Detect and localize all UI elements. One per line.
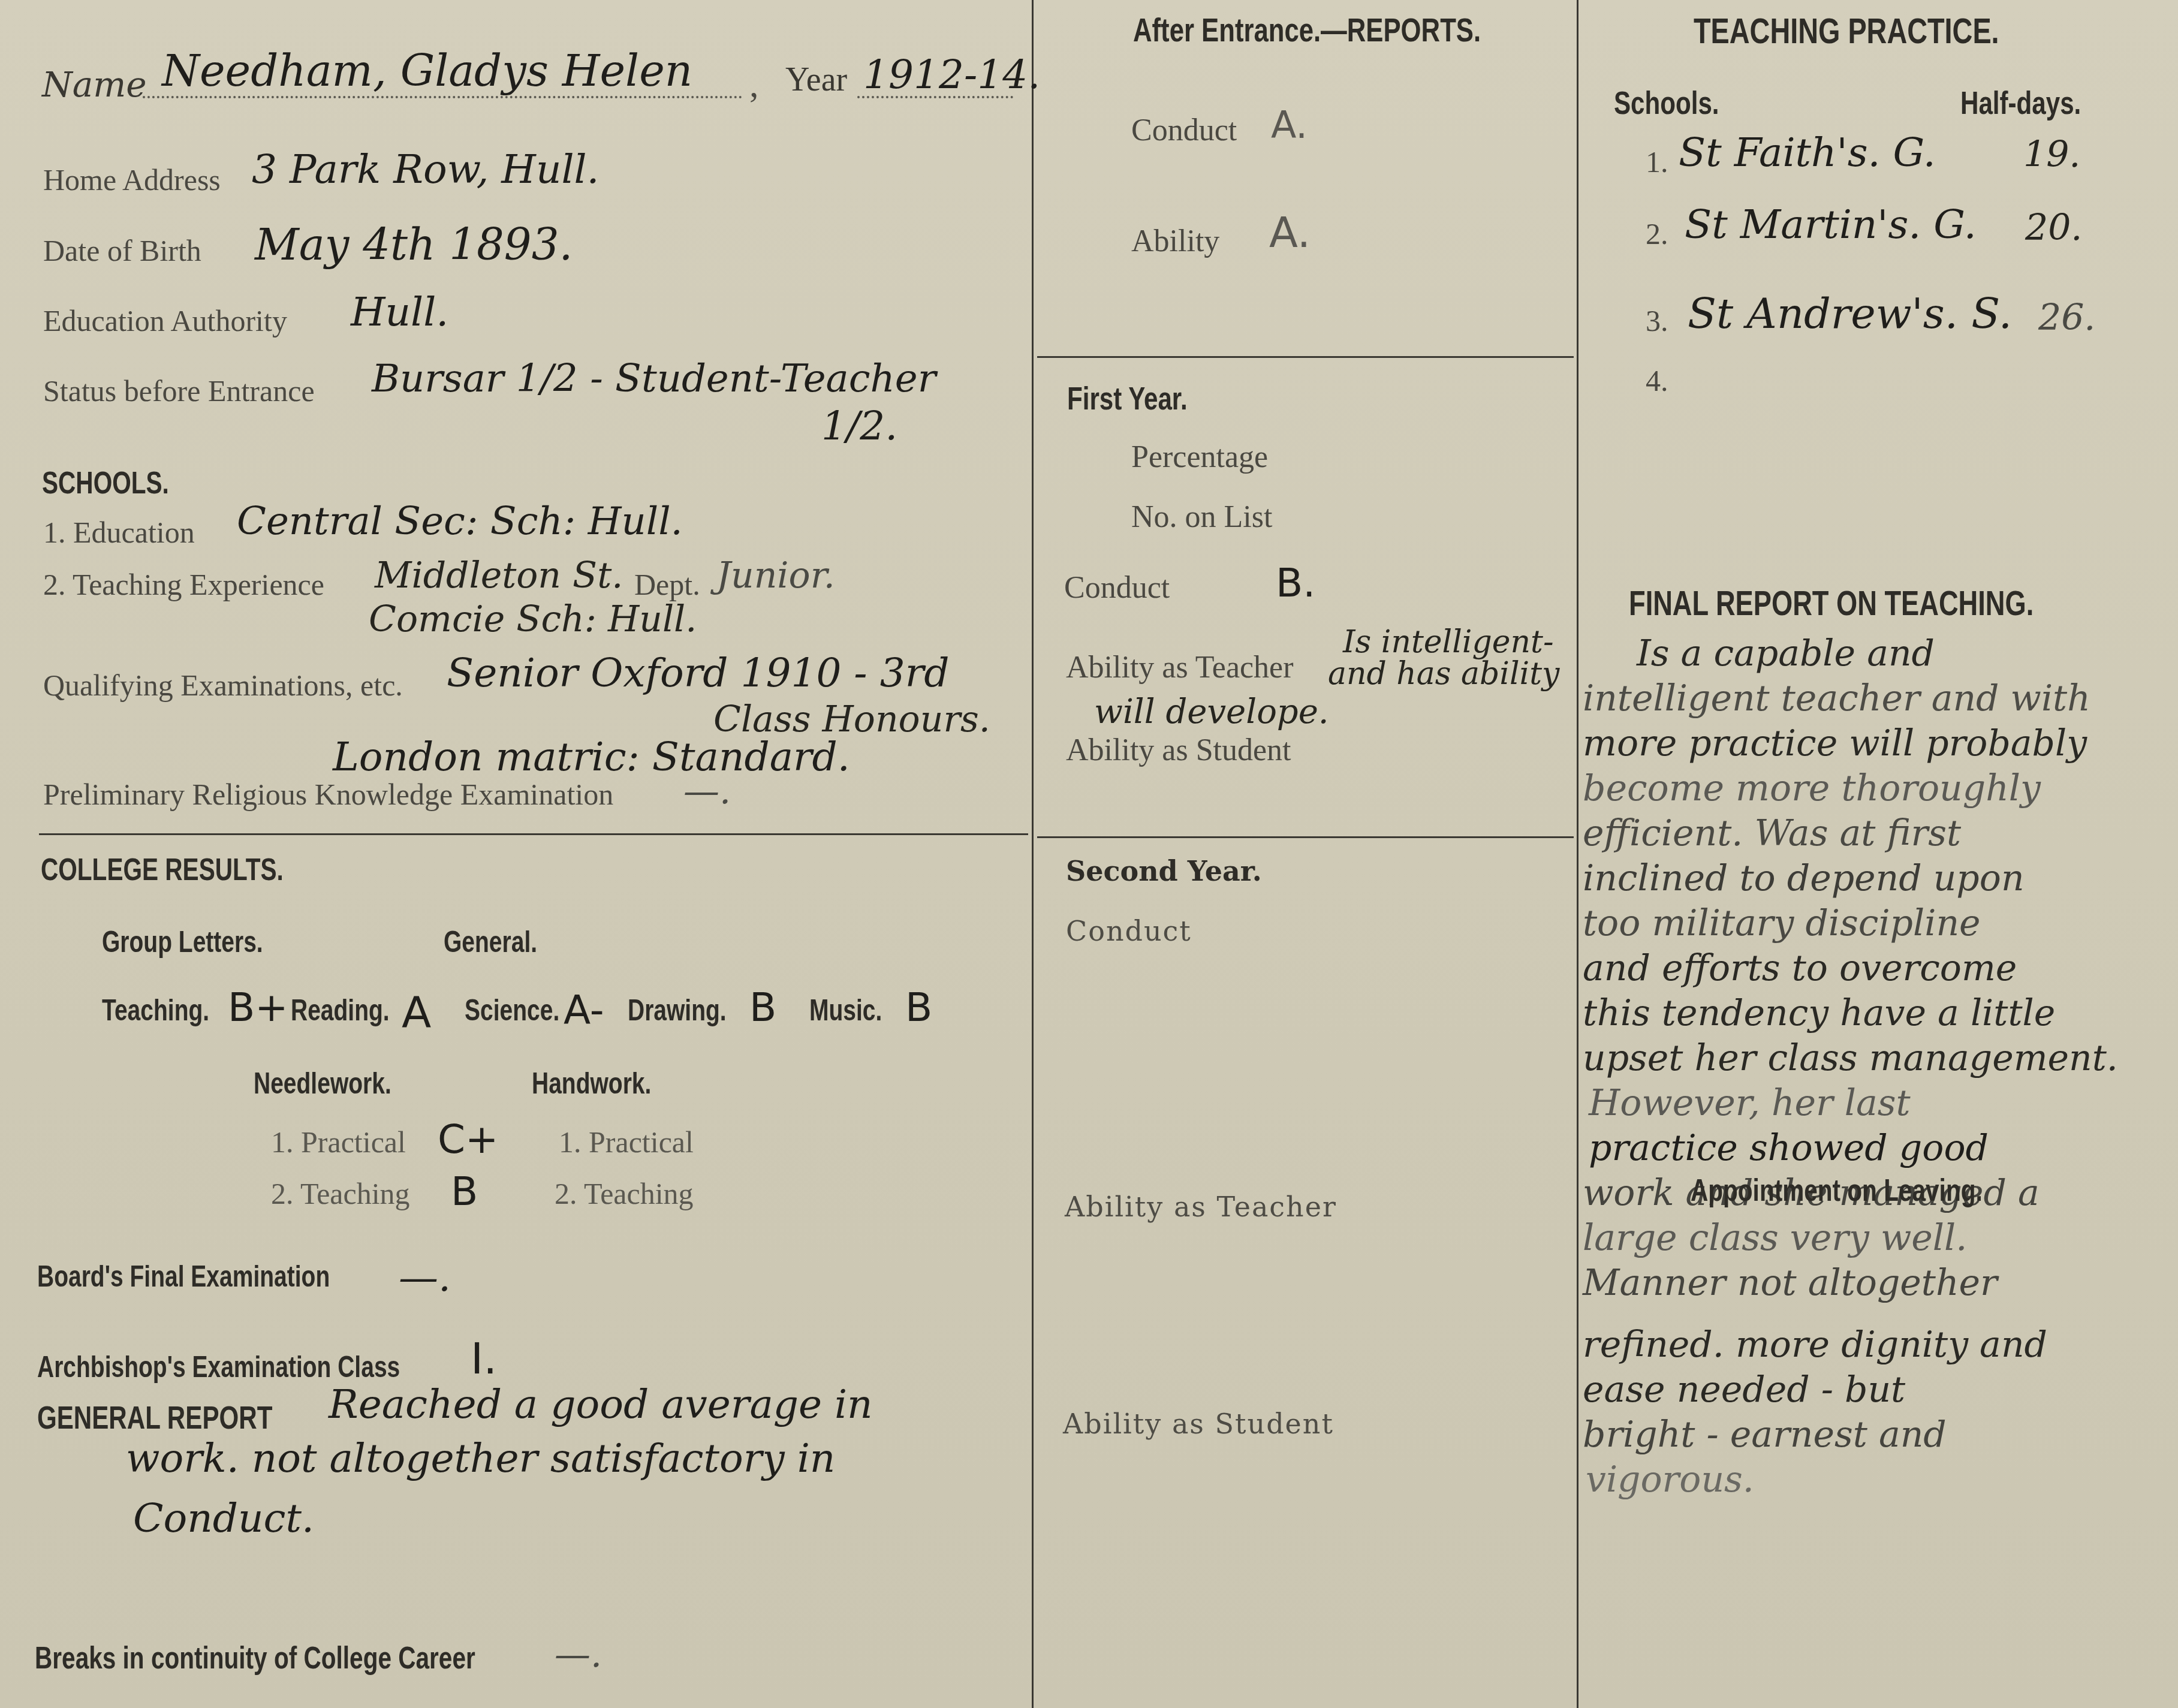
final-report-line: upset her class management. <box>1583 1040 2118 1076</box>
student-record-card: Name Needham, Gladys Helen , Year 1912-1… <box>0 0 2178 1708</box>
second-year-ability-teacher-label: Ability as Teacher <box>1065 1193 1337 1221</box>
needlework-label: Needlework. <box>254 1068 391 1098</box>
name-label: Name <box>42 67 147 102</box>
grade-teaching-label: Teaching. <box>102 995 209 1025</box>
row-number: 4. <box>1646 366 1668 396</box>
appointment-on-leaving-label: Appointment on Leaving. <box>1691 1175 1983 1206</box>
breaks-value: —. <box>555 1637 602 1673</box>
first-year-percentage-label: Percentage <box>1131 442 1268 473</box>
middle-rule-first-year <box>1037 356 1574 358</box>
after-entrance-ability-value: A. <box>1269 212 1311 254</box>
school-education-label: 1. Education <box>43 517 195 547</box>
general-label: General. <box>444 927 537 957</box>
schools-column-label: Schools. <box>1614 87 1719 119</box>
row-school: St Faith's. G. <box>1679 133 1936 173</box>
second-year-conduct-label: Conduct <box>1066 917 1192 945</box>
first-year-conduct-value: B. <box>1276 564 1315 603</box>
final-report-line: inclined to depend upon <box>1583 860 2025 896</box>
grade-reading-label: Reading. <box>291 995 390 1025</box>
first-year-no-on-list-label: No. on List <box>1131 502 1272 533</box>
final-report-line: Is a capable and <box>1637 635 1935 671</box>
general-report-line-1: Reached a good average in <box>329 1385 873 1424</box>
needlework-practical-label: 1. Practical <box>271 1127 406 1157</box>
final-report-line: ease needed - but <box>1583 1372 1905 1408</box>
row-number: 2. <box>1646 219 1668 249</box>
after-entrance-conduct-label: Conduct <box>1131 115 1237 146</box>
handwork-practical-label: 1. Practical <box>559 1127 694 1157</box>
college-results-heading: COLLEGE RESULTS. <box>41 854 284 885</box>
archbishop-exam-value: I. <box>471 1337 497 1380</box>
prelim-religious-value: —. <box>683 773 731 809</box>
qualifying-exams-value: Senior Oxford 1910 - 3rd <box>447 653 949 693</box>
grade-drawing-label: Drawing. <box>628 995 727 1025</box>
name-comma: , <box>749 66 759 103</box>
general-report-line-3: Conduct. <box>133 1499 314 1538</box>
boards-final-value: —. <box>399 1258 451 1297</box>
grade-music-label: Music. <box>809 995 882 1025</box>
final-report-line: large class very well. <box>1583 1220 1967 1256</box>
grade-music-value: B <box>905 988 932 1028</box>
second-year-heading: Second Year. <box>1066 857 1262 885</box>
status-value-cont: 1/2. <box>821 406 897 446</box>
final-report-line: efficient. Was at first <box>1583 815 1961 851</box>
school-education-value: Central Sec: Sch: Hull. <box>237 502 683 541</box>
prelim-religious-label: Preliminary Religious Knowledge Examinat… <box>43 779 613 809</box>
second-year-ability-student-label: Ability as Student <box>1063 1410 1334 1438</box>
final-report-heading: FINAL REPORT ON TEACHING. <box>1629 586 2034 621</box>
general-report-label: GENERAL REPORT <box>37 1402 272 1434</box>
needlework-practical-value: C+ <box>438 1120 498 1159</box>
teaching-practice-heading: TEACHING PRACTICE. <box>1694 13 1999 49</box>
qualifying-exams-label: Qualifying Examinations, etc. <box>43 670 403 700</box>
education-authority-label: Education Authority <box>43 306 287 336</box>
final-report-line: However, her last <box>1589 1085 1911 1121</box>
status-value: Bursar 1/2 - Student-Teacher <box>372 360 936 398</box>
year-label: Year <box>785 63 847 97</box>
first-year-ability-student-label: Ability as Student <box>1066 735 1291 766</box>
final-report-line: and efforts to overcome <box>1583 950 2017 986</box>
half-days-column-label: Half-days. <box>1960 87 2081 119</box>
column-divider-left <box>1032 0 1034 1708</box>
final-report-line: Manner not altogether <box>1583 1265 1998 1301</box>
grade-science-value: A- <box>564 990 604 1030</box>
home-address-label: Home Address <box>43 165 221 195</box>
home-address-value: 3 Park Row, Hull. <box>252 150 600 189</box>
handwork-label: Handwork. <box>532 1068 651 1098</box>
after-entrance-ability-label: Ability <box>1131 226 1219 257</box>
left-section-rule <box>39 833 1028 835</box>
middle-rule-second-year <box>1037 836 1574 838</box>
qualifying-exams-value-cont: Class Honours. <box>713 701 990 737</box>
final-report-line: refined. more dignity and <box>1583 1327 2047 1363</box>
breaks-label: Breaks in continuity of College Career <box>35 1643 475 1674</box>
needlework-teaching-value: B <box>451 1172 478 1212</box>
first-year-ability-teacher-line-1: Is intelligent- <box>1343 626 1553 658</box>
row-school: St Andrew's. S. <box>1688 293 2012 335</box>
reports-heading: After Entrance.—REPORTS. <box>1133 13 1481 47</box>
dept-label: Dept. <box>634 570 700 600</box>
first-year-ability-teacher-line-2: and has ability <box>1328 658 1559 689</box>
final-report-line: this tendency have a little <box>1583 995 2055 1031</box>
teaching-experience-value-cont: Comcie Sch: Hull. <box>369 601 697 637</box>
teaching-experience-value: Middleton St. <box>375 558 623 594</box>
first-year-heading: First Year. <box>1067 382 1188 415</box>
name-value: Needham, Gladys Helen <box>162 49 692 92</box>
qualifying-exams-value-cont2: London matric: Standard. <box>333 737 850 777</box>
general-report-line-2: work. not altogether satisfactory in <box>126 1439 835 1478</box>
final-report-line: practice showed good <box>1589 1130 1989 1166</box>
dob-value: May 4th 1893. <box>255 223 573 266</box>
first-year-ability-teacher-label: Ability as Teacher <box>1066 652 1294 683</box>
row-half-days: 19. <box>2023 137 2080 173</box>
row-half-days: 20. <box>2025 210 2082 246</box>
final-report-line: more practice will probably <box>1583 725 2087 761</box>
name-dotted-line <box>143 96 742 98</box>
boards-final-label: Board's Final Examination <box>37 1261 330 1291</box>
after-entrance-conduct-value: A. <box>1271 107 1308 144</box>
year-value: 1912-14. <box>863 55 1040 95</box>
needlework-teaching-label: 2. Teaching <box>271 1179 410 1209</box>
row-school: St Martin's. G. <box>1685 205 1977 245</box>
handwork-teaching-label: 2. Teaching <box>555 1179 694 1209</box>
grade-reading-value: A <box>402 990 431 1034</box>
grade-teaching-value: B+ <box>228 988 288 1028</box>
row-number: 3. <box>1646 306 1668 336</box>
column-divider-right <box>1577 0 1578 1708</box>
schools-heading: SCHOOLS. <box>42 468 169 499</box>
final-report-line: intelligent teacher and with <box>1583 680 2090 716</box>
status-label: Status before Entrance <box>43 376 315 406</box>
grade-science-label: Science. <box>465 995 559 1025</box>
row-half-days: 26. <box>2038 300 2095 336</box>
teaching-experience-label: 2. Teaching Experience <box>43 570 324 600</box>
first-year-ability-teacher-line-3: will develope. <box>1094 695 1329 729</box>
final-report-line: too military discipline <box>1583 905 1981 941</box>
grade-drawing-value: B <box>749 988 776 1028</box>
archbishop-exam-label: Archbishop's Examination Class <box>37 1352 400 1382</box>
dept-value: Junior. <box>716 558 835 594</box>
dob-label: Date of Birth <box>43 236 201 266</box>
row-number: 1. <box>1646 147 1668 177</box>
group-letters-label: Group Letters. <box>102 927 263 957</box>
final-report-line: become more thoroughly <box>1583 770 2041 806</box>
first-year-conduct-label: Conduct <box>1064 573 1170 604</box>
final-report-line: vigorous. <box>1586 1462 1754 1498</box>
education-authority-value: Hull. <box>351 293 448 332</box>
final-report-line: bright - earnest and <box>1583 1417 1947 1453</box>
